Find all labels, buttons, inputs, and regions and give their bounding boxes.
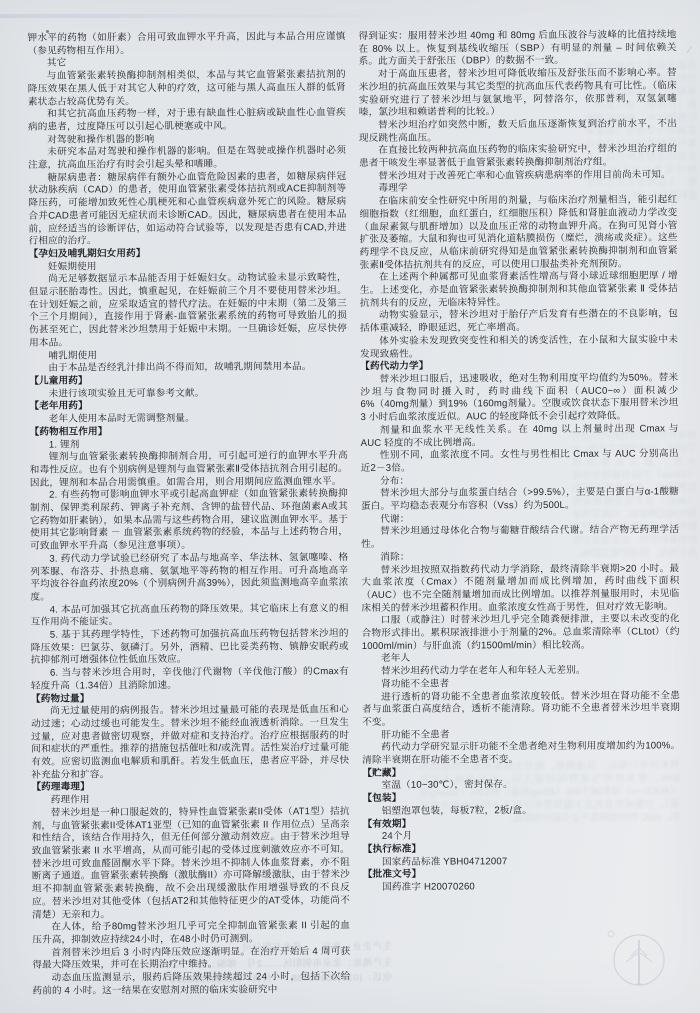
paragraph: 体外实验未发现致突变性和相关的诱变活性，在小鼠和大鼠实验中未发现致癌性。 bbox=[360, 334, 678, 361]
paragraph: 首剂替米沙坦后 3 小时内降压效应逐渐明显。在治疗开始后 4 周可获得最大降压效… bbox=[32, 946, 350, 973]
paragraph: 糖尿病患者：糖尿病伴有额外心血管危险因素的患者，如糖尿病伴冠状动脉疾病（CAD）… bbox=[28, 171, 346, 249]
scan-speck bbox=[46, 30, 49, 33]
paragraph: 2. 有些药物可影响血钾水平或引起高血钾症（如血管紧张素转换酶抑制剂、保钾类利尿… bbox=[30, 488, 348, 553]
scan-corner-mark bbox=[687, 46, 699, 58]
paragraph: 锂剂与血管紧张素转换酶抑制剂合用，可引起可逆行的血钾水平升高和毒性反应。也有个别… bbox=[30, 450, 348, 490]
paragraph: 进行透析的肾功能不全患者血浆浓度较低。替米沙坦在肾功能不全患者与血浆蛋白高度结合… bbox=[362, 690, 680, 730]
scanned-drug-insert-page: 在临床前安全性研究中所用的剂量，与临床治疗剂量相当，能引起红细胞指数（红细胞，血… bbox=[0, 0, 700, 1013]
paragraph: 与血管紧张素转换酶抑制剂相类似，本品与其它血管紧张素拮抗剂的降压效果在黑人低于对… bbox=[28, 69, 346, 109]
paragraph: 替米沙坦治疗如突然中断，数天后血压逐渐恢复到治疗前水平，不出现反跳性高血压。 bbox=[359, 118, 677, 145]
paragraph: 和其它抗高血压药物一样，对于患有缺血性心脏病或缺血性心血管疾病的患者，过度降压可… bbox=[28, 107, 346, 134]
paragraph: 动物实验显示，替米沙坦对于胎仔产后发育有些潜在的不良影响，包括体重减轻，睁眼延迟… bbox=[360, 309, 678, 336]
paragraph: 替米沙坦大部分与血浆蛋白结合（>99.5%），主要是白蛋白与α-1酸糖蛋白。平均… bbox=[361, 487, 679, 514]
paragraph: 对于高血压患者，替米沙坦可降低收缩压及舒张压而不影响心率。替米沙坦的抗高血压效果… bbox=[359, 67, 677, 119]
paragraph: 钾水平的药物（如肝素）合用可致血钾水平升高，因此与本品合用应谨慎（参见药物相互作… bbox=[27, 31, 345, 58]
faint-stamp-watermark bbox=[606, 926, 670, 992]
paragraph: 6. 当与替米沙坦合用时，辛伐他汀代谢物（辛伐他汀酸）的Cmax有轻度升高（1.… bbox=[31, 666, 349, 693]
paragraph: 国药准字 H20070260 bbox=[363, 880, 681, 894]
paragraph: 口服（或静注）时替米沙坦几乎完全随粪便排泄，主要以未改变的化合物形式排出。累积尿… bbox=[362, 614, 680, 654]
left-text-column: 钾水平的药物（如肝素）合用可致血钾水平升高，因此与本品合用应谨慎（参见药物相互作… bbox=[27, 31, 350, 998]
paragraph: 药代动力学研究显示肝功能不全患者绝对生物利用度增加约为100%。清除半衰期在肝功… bbox=[362, 741, 680, 768]
paragraph: 尚无过量使用的病例报告。替米沙坦过量最可能的表现是低血压和心动过速；心动过缓也可… bbox=[31, 704, 349, 782]
paragraph: 替米沙坦按照双指数药代动力学消除，最终清除半衰期>20 小时。最大血浆浓度（Cm… bbox=[361, 563, 679, 615]
paragraph: 替米沙坦是一种口服起效的，特异性血管紧张素II受体（AT1型）拮抗剂，与血管紧张… bbox=[32, 806, 351, 922]
paragraph: 剂量和血浆水平无线性关系。在 40mg 以上剂量时出现 Cmax 与 AUC 轻… bbox=[361, 423, 679, 450]
paragraph: 在人体，给予80mg替米沙坦几乎可完全抑制血管紧张素 II 引起的血压升高，抑制… bbox=[32, 920, 350, 947]
paragraph: 替米沙坦口服后，迅速吸收，绝对生物利用度平均值约为50%。替米沙坦与食物同时摄入… bbox=[360, 372, 678, 424]
paragraph: 替米沙坦对于改善死亡率和心血管疾病患病率的作用目前尚未可知。 bbox=[359, 169, 677, 183]
paragraph: 4. 本品可加强其它抗高血压药物的降压效果。其它临床上有意义的相互作用尚不能证实… bbox=[30, 603, 348, 630]
paragraph: 在临床前安全性研究中所用的剂量，与临床治疗剂量相当，能引起红细胞指数（红细胞，血… bbox=[359, 194, 677, 272]
paragraph: 3. 药代动力学试验已经研究了本品与地高辛、华法林、氢氯噻嗪、格列苯脲、布洛芬、… bbox=[30, 552, 348, 604]
insert-text-content: 钾水平的药物（如肝素）合用可致血钾水平升高，因此与本品合用应谨慎（参见药物相互作… bbox=[27, 29, 682, 998]
paragraph: 动态血压监测显示，服药后降压效果持续超过 24 小时，包括下次给药前的 4 小时… bbox=[32, 971, 350, 998]
paragraph: 未研究本品对驾驶和操作机器的影响。但是在驾驶或操作机器时必须注意，抗高血压治疗有… bbox=[28, 145, 346, 172]
paragraph: 尚无足够数据显示本品能否用于妊娠妇女。动物试验未显示致畸性，但显示胚胎毒性。因此… bbox=[29, 272, 347, 350]
paragraph: 5. 基于其药理学特性，下述药物可加强抗高血压药物包括替米沙坦的降压效果：巴氯芬… bbox=[31, 628, 349, 668]
paragraph: 性别不同，血浆浓度不同。女性与男性相比 Cmax 与 AUC 分别高出近2－3倍… bbox=[361, 449, 679, 476]
paragraph: 在上述两个种属都可见血浆肾素活性增高与肾小球近球细胞肥厚 / 增生。上述变化，亦… bbox=[360, 271, 678, 311]
paragraph: 在直接比较两种抗高血压药物的临床实验研究中，替米沙坦治疗组的患者干咳发生率显著低… bbox=[359, 144, 677, 171]
paragraph: 由于本品是否经乳汁排出尚不得而知，故哺乳期间禁用本品。 bbox=[29, 361, 347, 375]
paragraph: 得到证实：服用替米沙坦 40mg 和 80mg 后血压波谷与波峰的比值持续地在 … bbox=[358, 29, 676, 69]
right-text-column: 得到证实：服用替米沙坦 40mg 和 80mg 后血压波谷与波峰的比值持续地在 … bbox=[358, 29, 681, 996]
paragraph: 替米沙坦通过母体化合物与葡糖苷酸结合代谢。结合产物无药理学活性。 bbox=[361, 525, 679, 552]
